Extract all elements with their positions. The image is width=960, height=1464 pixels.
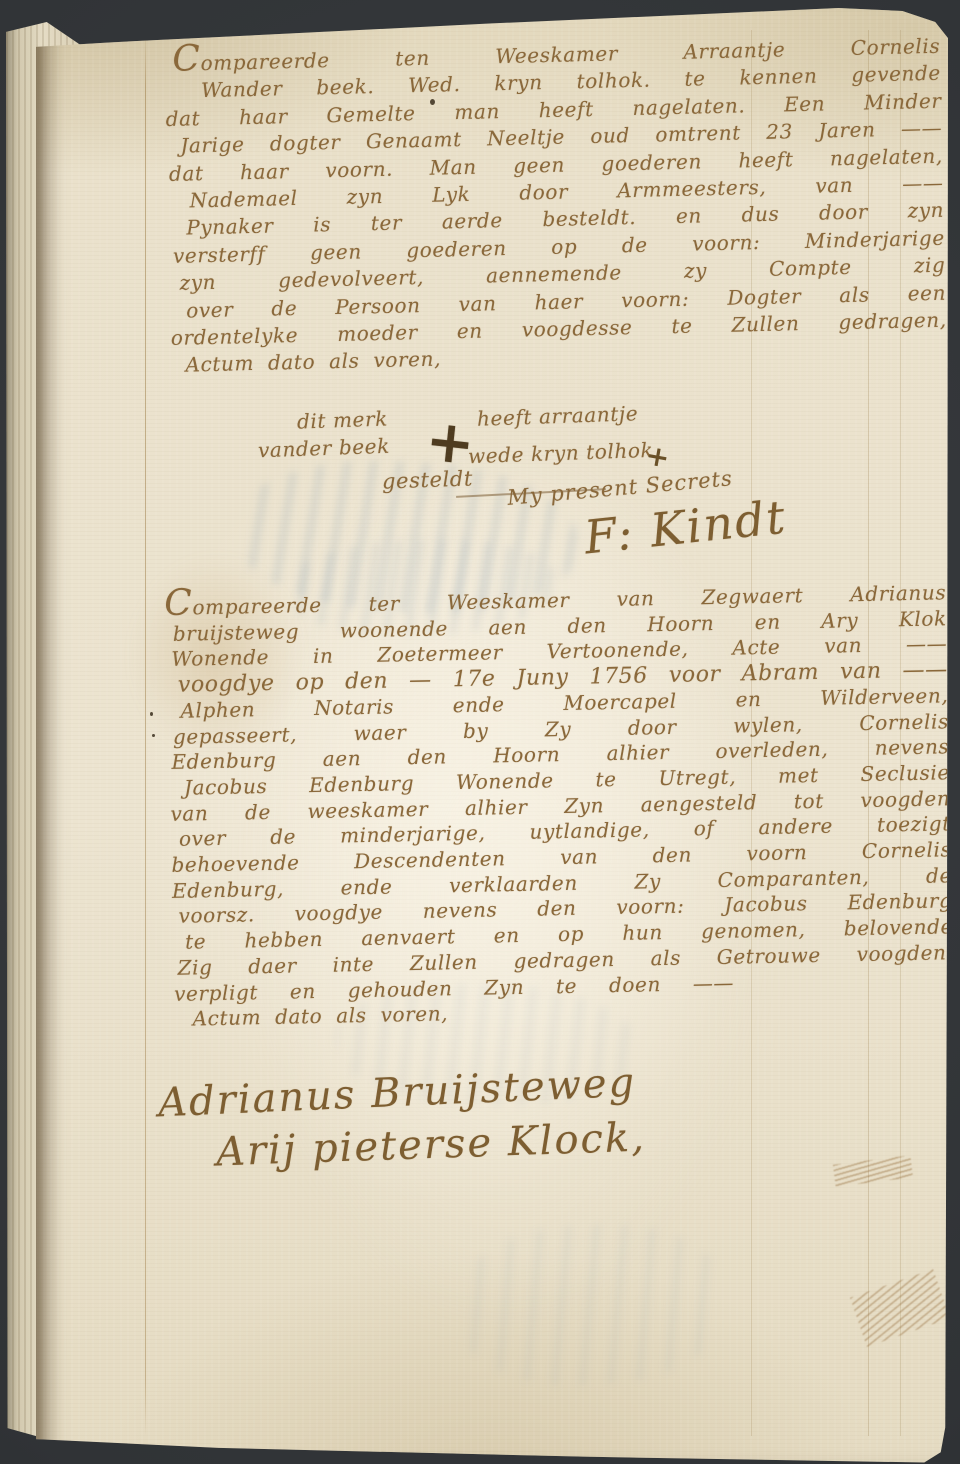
mark-caption-heeft: heeft arraantje [477,401,639,431]
mark-caption-gesteldt: gesteldt [382,466,474,493]
manuscript-page: Compareerde ten Weeskamer Arraantje Corn… [36,0,948,1464]
deed-entry-first: Compareerde ten Weeskamer Arraantje Corn… [164,28,948,380]
secretary-signature: F: Kindt [582,490,790,565]
deed-entry-second: Compareerde ter Weeskamer van Zegwaert A… [164,574,955,1033]
ink-scribble-stain [833,1155,913,1186]
ink-speck [150,712,153,716]
ink-speck [152,734,155,737]
ink-scribble-stain [850,1269,950,1347]
signature-arij-pieterse-klock: Arij pieterse Klock, [215,1115,646,1176]
mark-caption-vander-beek: vander beek [258,434,391,463]
binding-crease [36,38,62,1442]
margin-rule-line [145,30,146,1436]
small-cross-mark: + [643,438,672,475]
mark-caption-dit-merk: dit merk [297,406,389,433]
mark-caption-wede-kryn: wede kryn tolhok [468,438,654,468]
ink-bleed-through [452,1218,730,1392]
scanned-book-photo: Compareerde ten Weeskamer Arraantje Corn… [0,0,960,1464]
